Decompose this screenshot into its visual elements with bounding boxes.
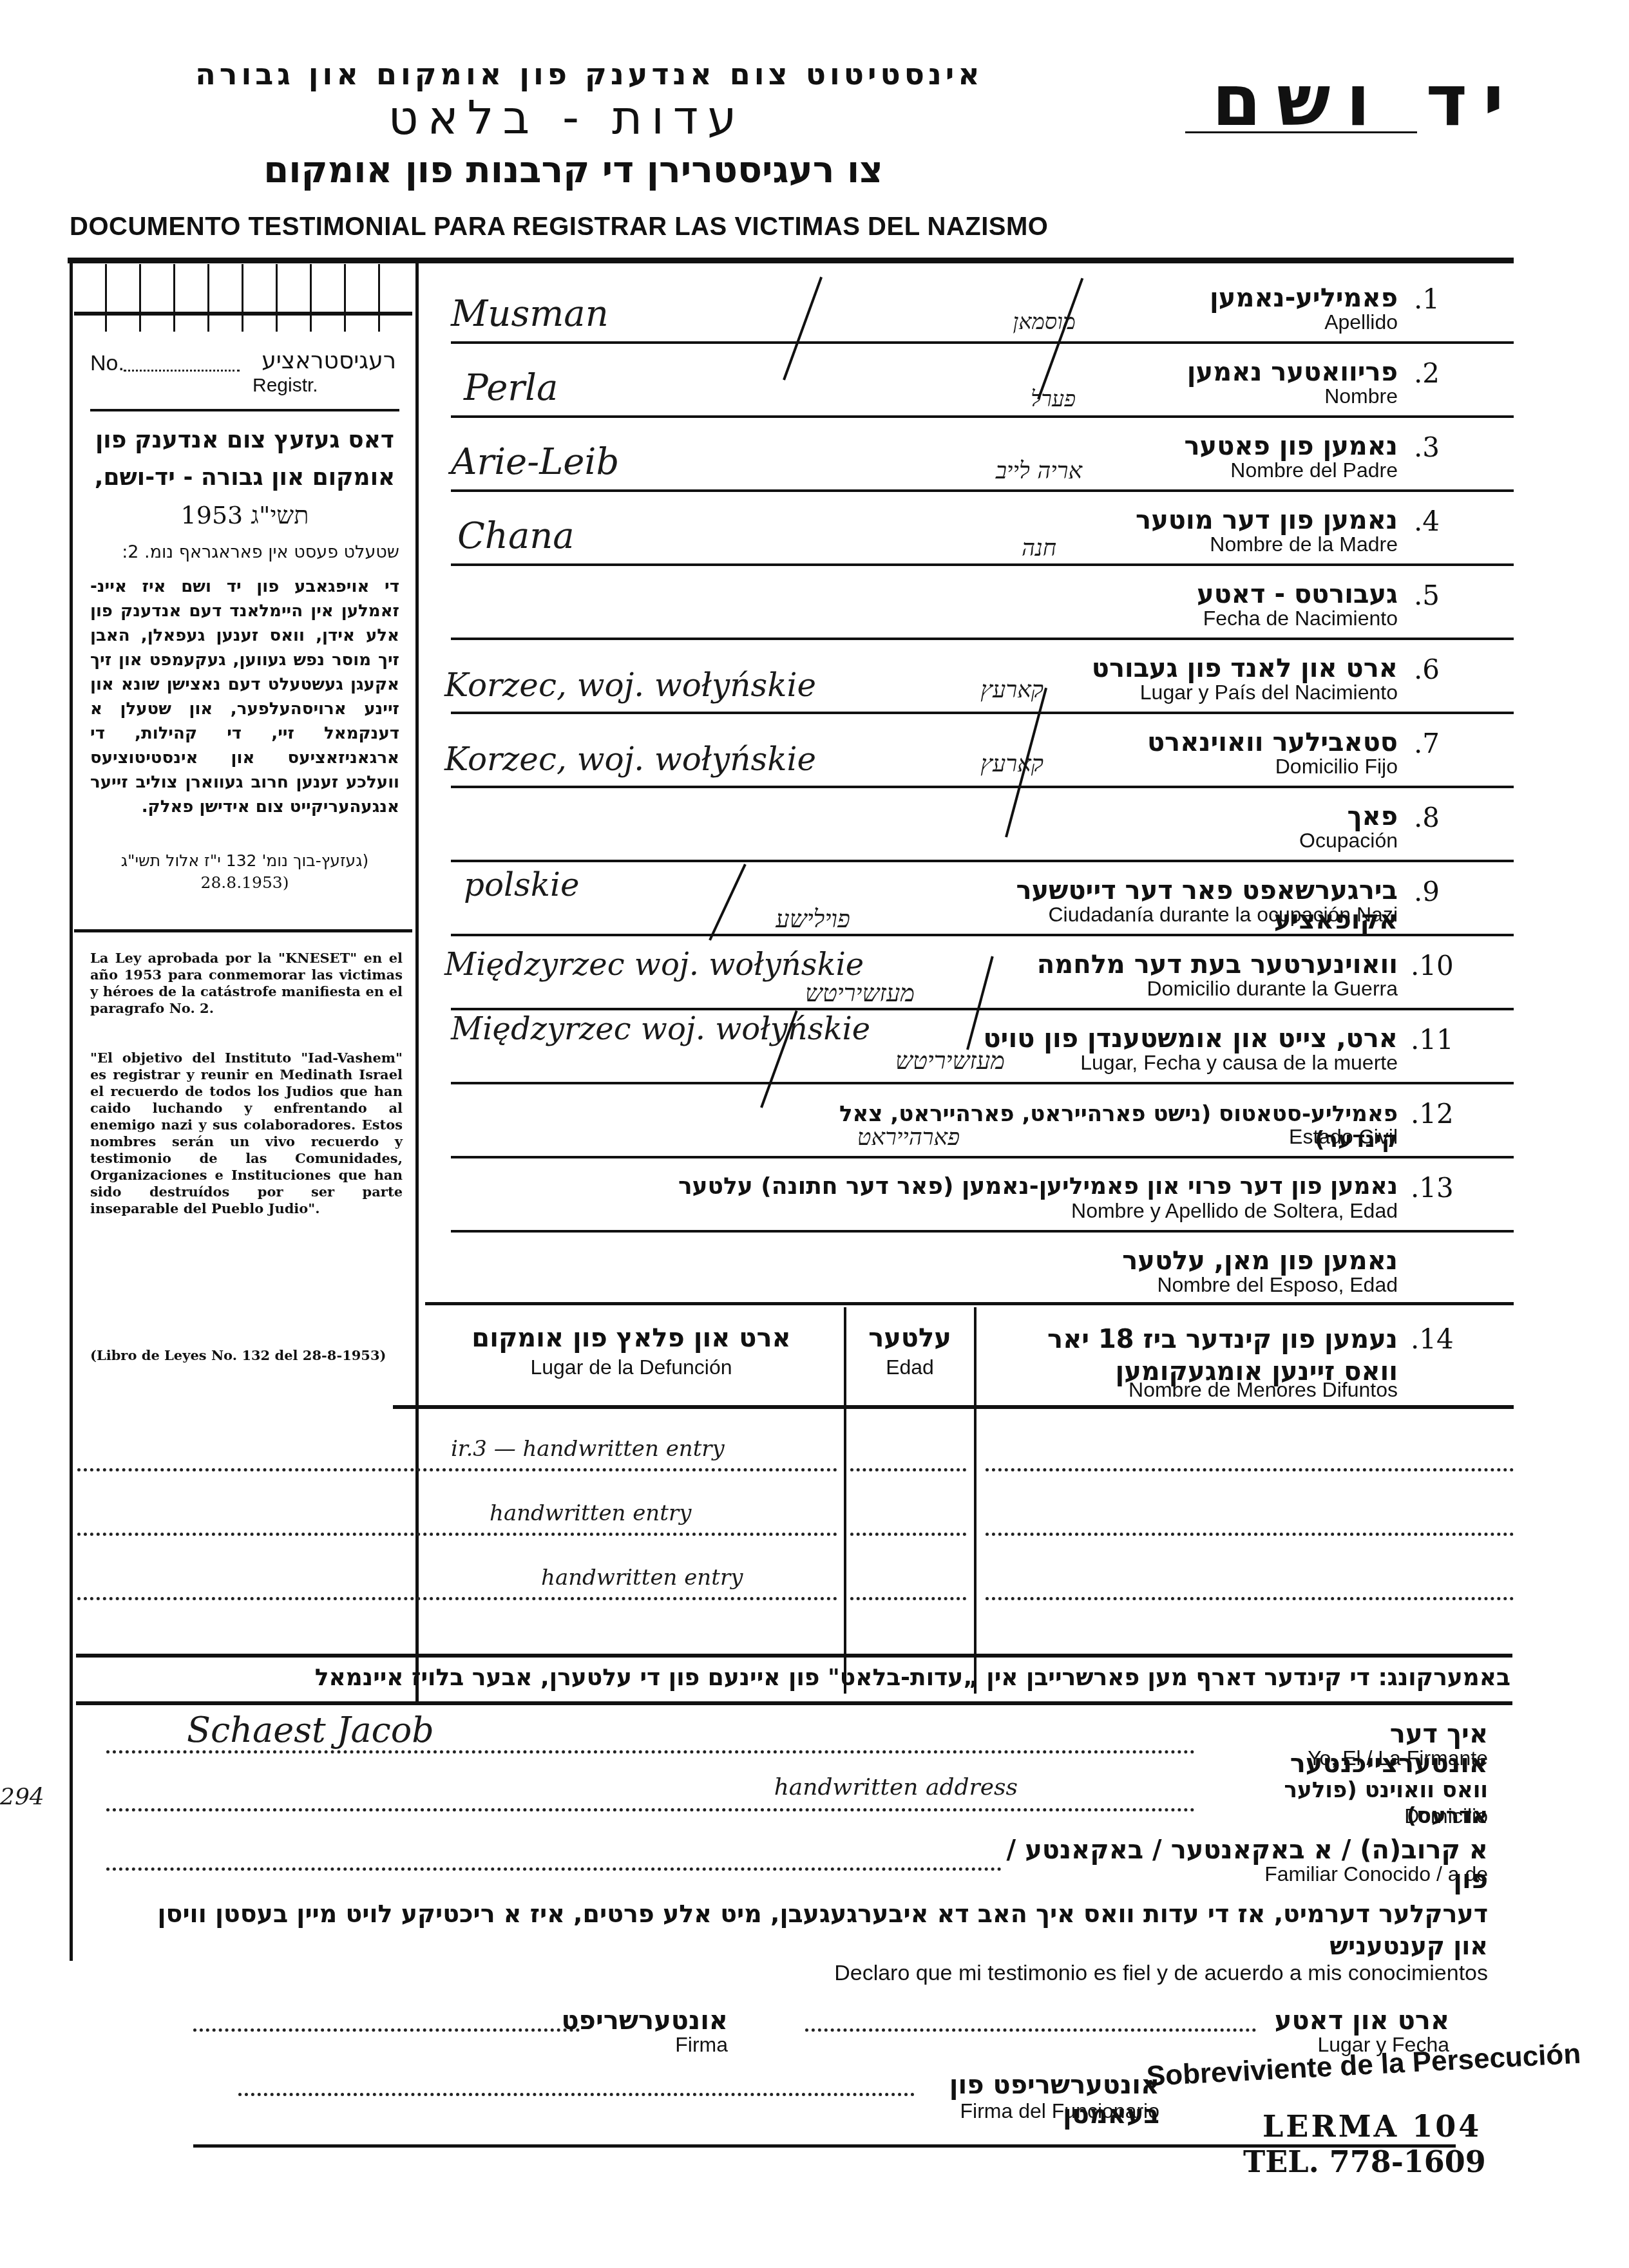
note-bottom-rule bbox=[76, 1701, 1512, 1705]
registration-box-bottom bbox=[74, 312, 412, 316]
logo-underline bbox=[1185, 131, 1417, 133]
law-es-paragraph-1: La Ley aprobada por la "KNESET" en el añ… bbox=[90, 950, 403, 1017]
declaration-he-line-1: דערקלער דערמיט, אז די עדות וואס איך האב … bbox=[106, 1900, 1488, 1928]
sidebar-left-border bbox=[70, 261, 73, 1961]
children-note: באמערקונג: די קינדער דארף מען פארשרייבן … bbox=[232, 1665, 1510, 1691]
header-subtitle: צו רעגיסטרירן די קרבנות פון אומקום bbox=[219, 149, 928, 191]
law-es-paragraph-2: "El objetivo del Instituto "Iad-Vashem" … bbox=[90, 1050, 403, 1217]
law-he-paragraph-label: שטעלט פעסט אין פאראגראף נומ. 2: bbox=[90, 542, 399, 562]
header-title: עדות - בלאט bbox=[245, 90, 889, 144]
registration-no-field[interactable] bbox=[124, 370, 240, 372]
document-title: DOCUMENTO TESTIMONIAL PARA REGISTRAR LAS… bbox=[70, 213, 1048, 241]
registration-label-es: Registr. bbox=[252, 375, 318, 397]
declaration-he-line-2: און קענטעניש bbox=[1159, 1932, 1488, 1960]
declaration-es: Declaro que mi testimonio es fiel y de a… bbox=[741, 1961, 1488, 1986]
frame-top bbox=[68, 258, 1514, 263]
law-he-body: די אויפגאבע פון יד ושם איז איינ- זאמלען … bbox=[90, 574, 399, 819]
registration-no-label: No. bbox=[90, 351, 124, 376]
header-top-line: אינסטיטוט צום אנדענק פון אומקום און גבור… bbox=[122, 57, 1056, 91]
sidebar-divider-1 bbox=[90, 409, 399, 411]
sidebar-divider-2 bbox=[74, 929, 412, 932]
registration-label-he: רעגיסטראציע bbox=[251, 348, 396, 374]
margin-note: 294 bbox=[0, 1784, 44, 1810]
law-es-citation: (Libro de Leyes No. 132 del 28-8-1953) bbox=[90, 1347, 403, 1363]
sidebar-right-border bbox=[415, 261, 419, 1703]
yad-vashem-logo: יד ושם bbox=[1185, 59, 1546, 142]
table-bottom bbox=[76, 1654, 1512, 1658]
handwritten-stroke bbox=[783, 277, 823, 381]
law-he-heading: דאס געזעץ צום אנדענק פון אומקום און גבור… bbox=[90, 422, 399, 534]
law-he-citation: (געזעץ-בוך נומ' 132 י"ז אלול תשי"ג (28.8… bbox=[90, 850, 399, 894]
